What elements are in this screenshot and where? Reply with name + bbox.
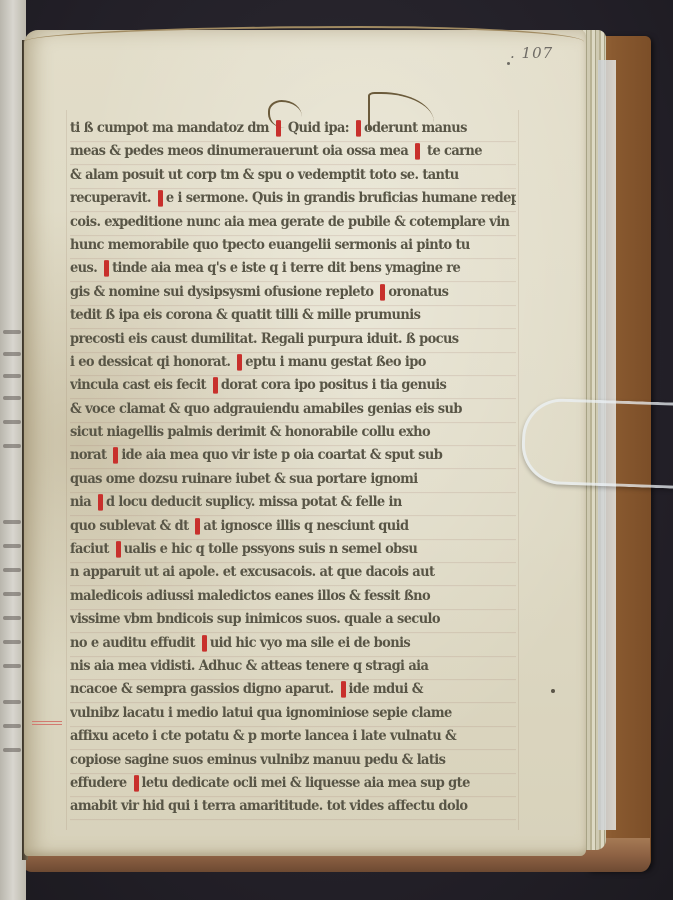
text-line: recuperavit. e i sermone. Quis in grandi… bbox=[70, 187, 516, 213]
text-line: & alam posuit ut corp tm & spu o vedempt… bbox=[70, 164, 516, 190]
ink-speck bbox=[551, 689, 555, 693]
text-line: maledicois adiussi maledictos eanes illo… bbox=[70, 585, 516, 611]
text-line: sicut niagellis palmis derimit & honorab… bbox=[70, 421, 516, 447]
text-line: vissime vbm bndicois sup inimicos suos. … bbox=[70, 608, 516, 634]
rubric-initial bbox=[276, 120, 281, 136]
text-line: nis aia mea vidisti. Adhuc & atteas tene… bbox=[70, 655, 516, 681]
text-line: gis & nomine sui dysipsysmi ofusione rep… bbox=[70, 281, 516, 307]
margin-red-mark bbox=[32, 724, 62, 725]
text-line: tedit ß ipa eis corona & quatit tilli & … bbox=[70, 304, 516, 330]
folio-dot bbox=[507, 62, 510, 65]
text-line: i eo dessicat qi honorat. eptu i manu ge… bbox=[70, 351, 516, 377]
text-line: nia d locu deducit suplicy. missa potat … bbox=[70, 491, 516, 517]
rubric-initial bbox=[202, 635, 207, 652]
rubric-initial bbox=[356, 120, 361, 136]
text-line: & voce clamat & quo adgrauiendu amabiles… bbox=[70, 398, 516, 424]
text-line: quas ome dozsu ruinare iubet & sua porta… bbox=[70, 468, 516, 494]
rubric-initial bbox=[341, 682, 346, 699]
text-line: cois. expeditione nunc aia mea gerate de… bbox=[70, 210, 516, 236]
ruling-line-left bbox=[66, 110, 67, 830]
text-line: copiose sagine suos eminus vulnibz manuu… bbox=[70, 748, 516, 774]
ruling-line-right bbox=[518, 110, 519, 830]
text-line: vincula cast eis fecit dorat cora ipo po… bbox=[70, 374, 516, 400]
rubric-initial bbox=[195, 518, 200, 535]
rubric-initial bbox=[237, 354, 242, 371]
rubric-initial bbox=[213, 377, 218, 394]
rubric-initial bbox=[116, 541, 121, 558]
rubric-initial bbox=[98, 494, 103, 511]
text-line: quo sublevat & dt at ignosce illis q nes… bbox=[70, 514, 516, 540]
text-line: hunc memorabile quo tpecto euangelii ser… bbox=[70, 234, 516, 260]
text-line: ti ß cumpot ma mandatoz dm Quid ipa: ode… bbox=[70, 117, 516, 143]
margin-red-mark bbox=[32, 721, 62, 722]
text-line: n apparuit ut ai apole. et excusacois. a… bbox=[70, 561, 516, 587]
wire-page-clip bbox=[521, 397, 673, 488]
text-line: meas & pedes meos dinumerauerunt oia oss… bbox=[70, 140, 516, 166]
text-line: precosti eis caust dumilitat. Regali pur… bbox=[70, 327, 516, 353]
rubric-initial bbox=[134, 775, 139, 792]
text-line: amabit vir hid qui i terra amarititude. … bbox=[70, 795, 516, 821]
text-line: eus. tinde aia mea q's e iste q i terre … bbox=[70, 257, 516, 283]
text-block: ti ß cumpot ma mandatoz dm Quid ipa: ode… bbox=[70, 118, 516, 820]
text-line: ncacoe & sempra gassios digno aparut. id… bbox=[70, 678, 516, 704]
rubric-initial bbox=[158, 190, 163, 207]
rubric-initial bbox=[113, 448, 118, 465]
text-line: faciut ualis e hic q tolle pssyons suis … bbox=[70, 538, 516, 564]
text-line: norat ide aia mea quo vir iste p oia coa… bbox=[70, 444, 516, 470]
text-line: vulnibz lacatu i medio latui qua ignomin… bbox=[70, 702, 516, 728]
text-line: affixu aceto i cte potatu & p morte lanc… bbox=[70, 725, 516, 751]
text-line: effudere letu dedicate ocli mei & liques… bbox=[70, 772, 516, 798]
rubric-initial bbox=[415, 144, 420, 161]
rubric-initial bbox=[380, 284, 385, 301]
text-line: no e auditu effudit uid hic vyo ma sile … bbox=[70, 631, 516, 657]
folio-number: . 107 bbox=[510, 44, 553, 62]
rubric-initial bbox=[104, 260, 109, 277]
